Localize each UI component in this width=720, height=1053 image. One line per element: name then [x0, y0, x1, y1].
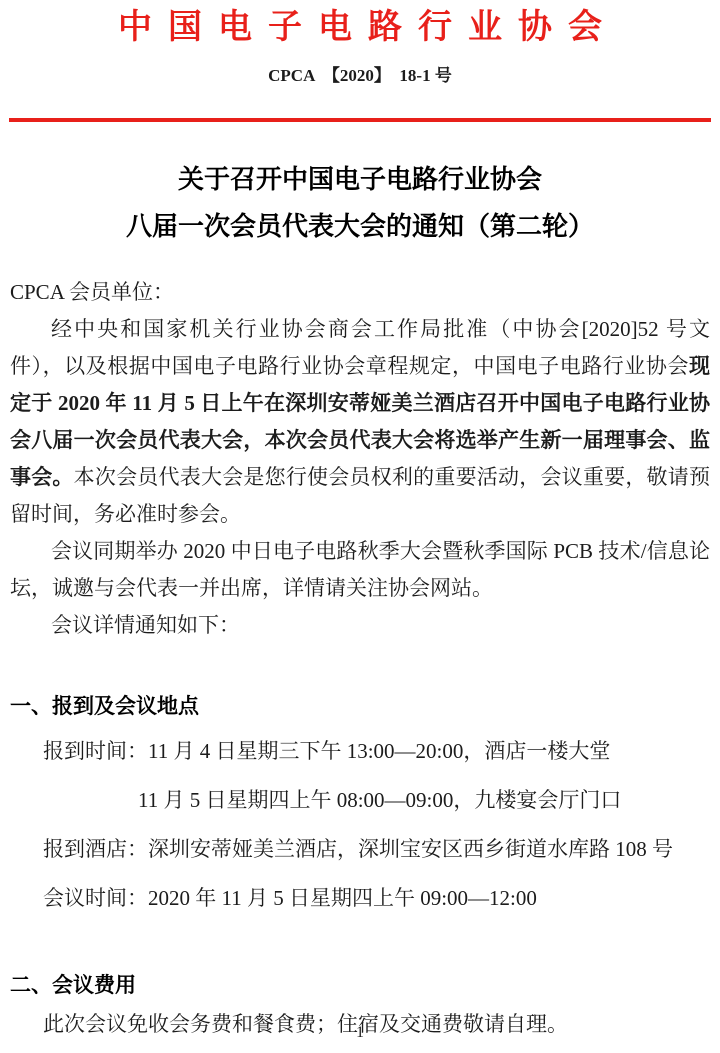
registration-time-line1: 报到时间：11 月 4 日星期三下午 13:00—20:00，酒店一楼大堂 — [10, 733, 710, 770]
paragraph-approval: 经中央和国家机关行业协会商会工作局批准（中协会[2020]52 号文件），以及根… — [10, 311, 710, 533]
registration-hotel: 报到酒店：深圳安蒂娅美兰酒店，深圳宝安区西乡街道水库路 108 号 — [10, 831, 710, 868]
document-body: CPCA 会员单位： 经中央和国家机关行业协会商会工作局批准（中协会[2020]… — [0, 274, 720, 1043]
section2-heading: 二、会议费用 — [10, 967, 710, 1004]
salutation: CPCA 会员单位： — [10, 274, 710, 311]
letterhead-org-name: 中国电子电路行业协会 — [0, 6, 720, 48]
paragraph-concurrent-event: 会议同期举办 2020 中日电子电路秋季大会暨秋季国际 PCB 技术/信息论坛，… — [10, 533, 710, 607]
notice-title: 关于召开中国电子电路行业协会 八届一次会员代表大会的通知（第二轮） — [0, 156, 720, 250]
letterhead-divider-rule — [9, 118, 711, 122]
paragraph-approval-tail: 本次会员代表大会是您行使会员权利的重要活动，会议重要，敬请预留时间，务必准时参会… — [10, 465, 710, 526]
notice-title-line1: 关于召开中国电子电路行业协会 — [0, 156, 720, 203]
paragraph-details-intro: 会议详情通知如下： — [10, 607, 710, 644]
section1-heading: 一、报到及会议地点 — [10, 688, 710, 725]
notice-title-line2: 八届一次会员代表大会的通知（第二轮） — [0, 203, 720, 250]
paragraph-approval-lead: 经中央和国家机关行业协会商会工作局批准（中协会[2020]52 号文件），以及根… — [10, 317, 710, 378]
letterhead-doc-number: CPCA 【2020】 18-1 号 — [0, 64, 720, 88]
meeting-time: 会议时间：2020 年 11 月 5 日星期四上午 09:00—12:00 — [10, 880, 710, 917]
registration-time-line2: 11 月 5 日星期四上午 08:00—09:00，九楼宴会厅门口 — [10, 782, 710, 819]
page-number: 1 — [0, 1023, 720, 1043]
document-page: 中国电子电路行业协会 CPCA 【2020】 18-1 号 关于召开中国电子电路… — [0, 0, 720, 1053]
